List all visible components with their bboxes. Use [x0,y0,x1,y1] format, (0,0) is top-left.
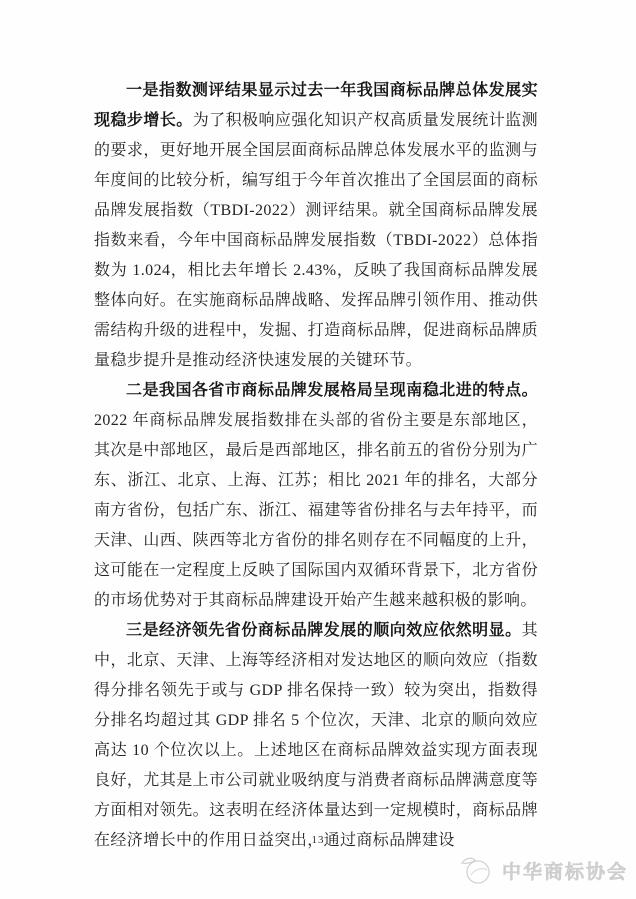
document-page: 一是指数测评结果显示过去一年我国商标品牌总体发展实现稳步增长。为了积极响应强化知… [0,0,636,899]
paragraph-1-text: 为了积极响应强化知识产权高质量发展统计监测的要求，更好地开展全国层面商标品牌总体… [94,112,538,369]
watermark-text: 中华商标协会 [502,857,628,884]
paragraph-1: 一是指数测评结果显示过去一年我国商标品牌总体发展实现稳步增长。为了积极响应强化知… [94,76,538,376]
paragraph-2-text: 2022 年商标品牌发展指数排在头部的省份主要是东部地区，其次是中部地区，最后是… [94,412,538,609]
paragraph-3: 三是经济领先省份商标品牌发展的顺向效应依然明显。其中，北京、天津、上海等经济相对… [94,616,538,856]
page-number: 13 [0,834,636,846]
document-body: 一是指数测评结果显示过去一年我国商标品牌总体发展实现稳步增长。为了积极响应强化知… [94,76,538,856]
watermark: 中华商标协会 [456,851,628,889]
paragraph-3-text: 其中，北京、天津、上海等经济相对发达地区的顺向效应（指数得分排名领先于或与 GD… [94,622,538,849]
paragraph-2-lead: 二是我国各省市商标品牌发展格局呈现南稳北进的特点。 [126,382,538,399]
paragraph-3-lead: 三是经济领先省份商标品牌发展的顺向效应依然明显。 [126,622,522,639]
paragraph-2: 二是我国各省市商标品牌发展格局呈现南稳北进的特点。2022 年商标品牌发展指数排… [94,376,538,616]
trademark-association-logo-icon [456,851,496,889]
